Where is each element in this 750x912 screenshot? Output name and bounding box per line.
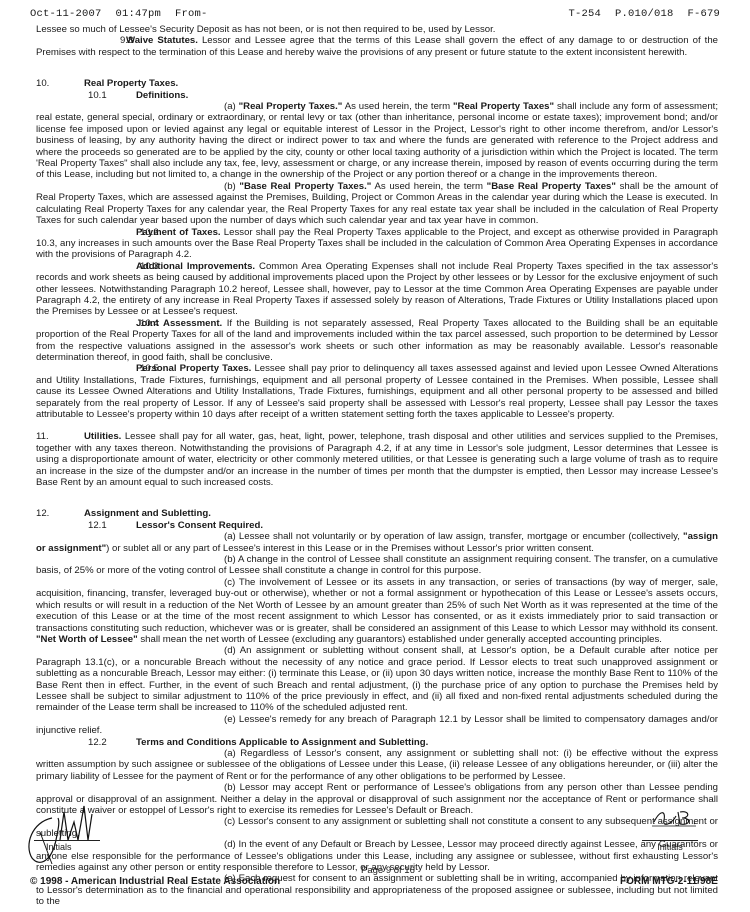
section-number: 10.4 <box>88 318 136 329</box>
section-10-1-b: (b) "Base Real Property Taxes." As used … <box>36 181 718 227</box>
clause-text: As used herein, the term <box>371 181 486 192</box>
section-title: Payment of Taxes. <box>136 227 221 238</box>
clause-letter: (b) <box>224 181 239 192</box>
section-11: 11.Utilities. Lessee shall pay for all w… <box>36 431 718 488</box>
section-9-8: 9.8Waive Statutes. Lessor and Lessee agr… <box>36 35 718 58</box>
section-10-5: 10.5Personal Property Taxes. Lessee shal… <box>36 363 718 420</box>
section-12-2-e: (e) Each request for consent to an assig… <box>36 873 718 907</box>
section-12-2-a: (a) Regardless of Lessor's consent, any … <box>36 748 718 782</box>
section-number: 12.1 <box>88 520 136 531</box>
section-number: 10.1 <box>88 90 136 101</box>
clause-text: ) or sublet all or any part of Lessee's … <box>106 543 594 554</box>
section-10-4: 10.4Joint Assessment. If the Building is… <box>36 318 718 364</box>
defined-term: "Real Property Taxes" <box>453 101 554 112</box>
section-number: 9.8 <box>78 35 126 46</box>
document-page: Lessee so much of Lessee's Security Depo… <box>36 24 718 908</box>
defined-term: "Real Property Taxes." <box>239 101 343 112</box>
section-10-heading: 10.Real Property Taxes. <box>36 78 718 89</box>
section-title: Personal Property Taxes. <box>136 363 251 374</box>
section-12-2-c: (c) Lessor's consent to any assignment o… <box>36 816 718 839</box>
section-title: Definitions. <box>136 90 188 101</box>
section-number: 10.5 <box>88 363 136 374</box>
section-title: Real Property Taxes. <box>84 78 178 89</box>
section-12-heading: 12.Assignment and Subletting. <box>36 508 718 519</box>
fax-date: Oct-11-2007 <box>30 8 102 20</box>
carryover-text: Lessee so much of Lessee's Security Depo… <box>36 24 718 35</box>
section-10-2: 10.2Payment of Taxes. Lessor shall pay t… <box>36 227 718 261</box>
section-number: 10.3 <box>88 261 136 272</box>
fax-header: Oct-11-200701:47pmFrom- T-254P.010/018F-… <box>30 8 720 22</box>
section-number: 11. <box>36 431 84 442</box>
clause-text: (a) Lessee shall not voluntarily or by o… <box>224 531 683 542</box>
fax-transmission-id: T-254 <box>568 8 601 20</box>
section-12-1-a: (a) Lessee shall not voluntarily or by o… <box>36 531 718 554</box>
section-12-2-d: (d) In the event of any Default or Breac… <box>36 839 718 873</box>
section-title: Lessor's Consent Required. <box>136 520 263 531</box>
section-10-1-a: (a) "Real Property Taxes." As used herei… <box>36 101 718 181</box>
defined-term: "Net Worth of Lessee" <box>36 634 138 645</box>
section-12-2-b: (b) Lessor may accept Rent or performanc… <box>36 782 718 816</box>
section-title: Utilities. <box>84 431 121 442</box>
section-12-2-heading: 12.2Terms and Conditions Applicable to A… <box>36 737 718 748</box>
defined-term: "Base Real Property Taxes" <box>487 181 616 192</box>
section-title: Terms and Conditions Applicable to Assig… <box>136 737 428 748</box>
section-12-1-b: (b) A change in the control of Lessee sh… <box>36 554 718 577</box>
clause-text: shall mean the net worth of Lessee (excl… <box>138 634 662 645</box>
section-number: 10.2 <box>88 227 136 238</box>
section-title: Additional Improvements. <box>136 261 255 272</box>
section-10-1-heading: 10.1Definitions. <box>36 90 718 101</box>
section-title: Waive Statutes. <box>126 35 198 46</box>
fax-time: 01:47pm <box>116 8 162 20</box>
section-number: 12. <box>36 508 84 519</box>
clause-text: (c) The involvement of Lessee or its ass… <box>36 577 718 634</box>
section-number: 10. <box>36 78 84 89</box>
clause-text: shall include any form of assessment; re… <box>36 101 718 180</box>
section-12-1-d: (d) An assignment or subletting without … <box>36 645 718 713</box>
clause-text: As used herein, the term <box>342 101 453 112</box>
section-number: 12.2 <box>88 737 136 748</box>
section-12-1-c: (c) The involvement of Lessee or its ass… <box>36 577 718 645</box>
section-text: Lessee shall pay for all water, gas, hea… <box>36 431 718 488</box>
fax-page: P.010/018 <box>615 8 674 20</box>
fax-code: F-679 <box>687 8 720 20</box>
section-10-3: 10.3Additional Improvements. Common Area… <box>36 261 718 318</box>
defined-term: "Base Real Property Taxes." <box>239 181 371 192</box>
section-12-1-e: (e) Lessee's remedy for any breach of Pa… <box>36 714 718 737</box>
section-12-1-heading: 12.1Lessor's Consent Required. <box>36 520 718 531</box>
section-title: Joint Assessment. <box>136 318 222 329</box>
clause-letter: (a) <box>224 101 239 112</box>
fax-from: From- <box>175 8 208 20</box>
section-title: Assignment and Subletting. <box>84 508 211 519</box>
